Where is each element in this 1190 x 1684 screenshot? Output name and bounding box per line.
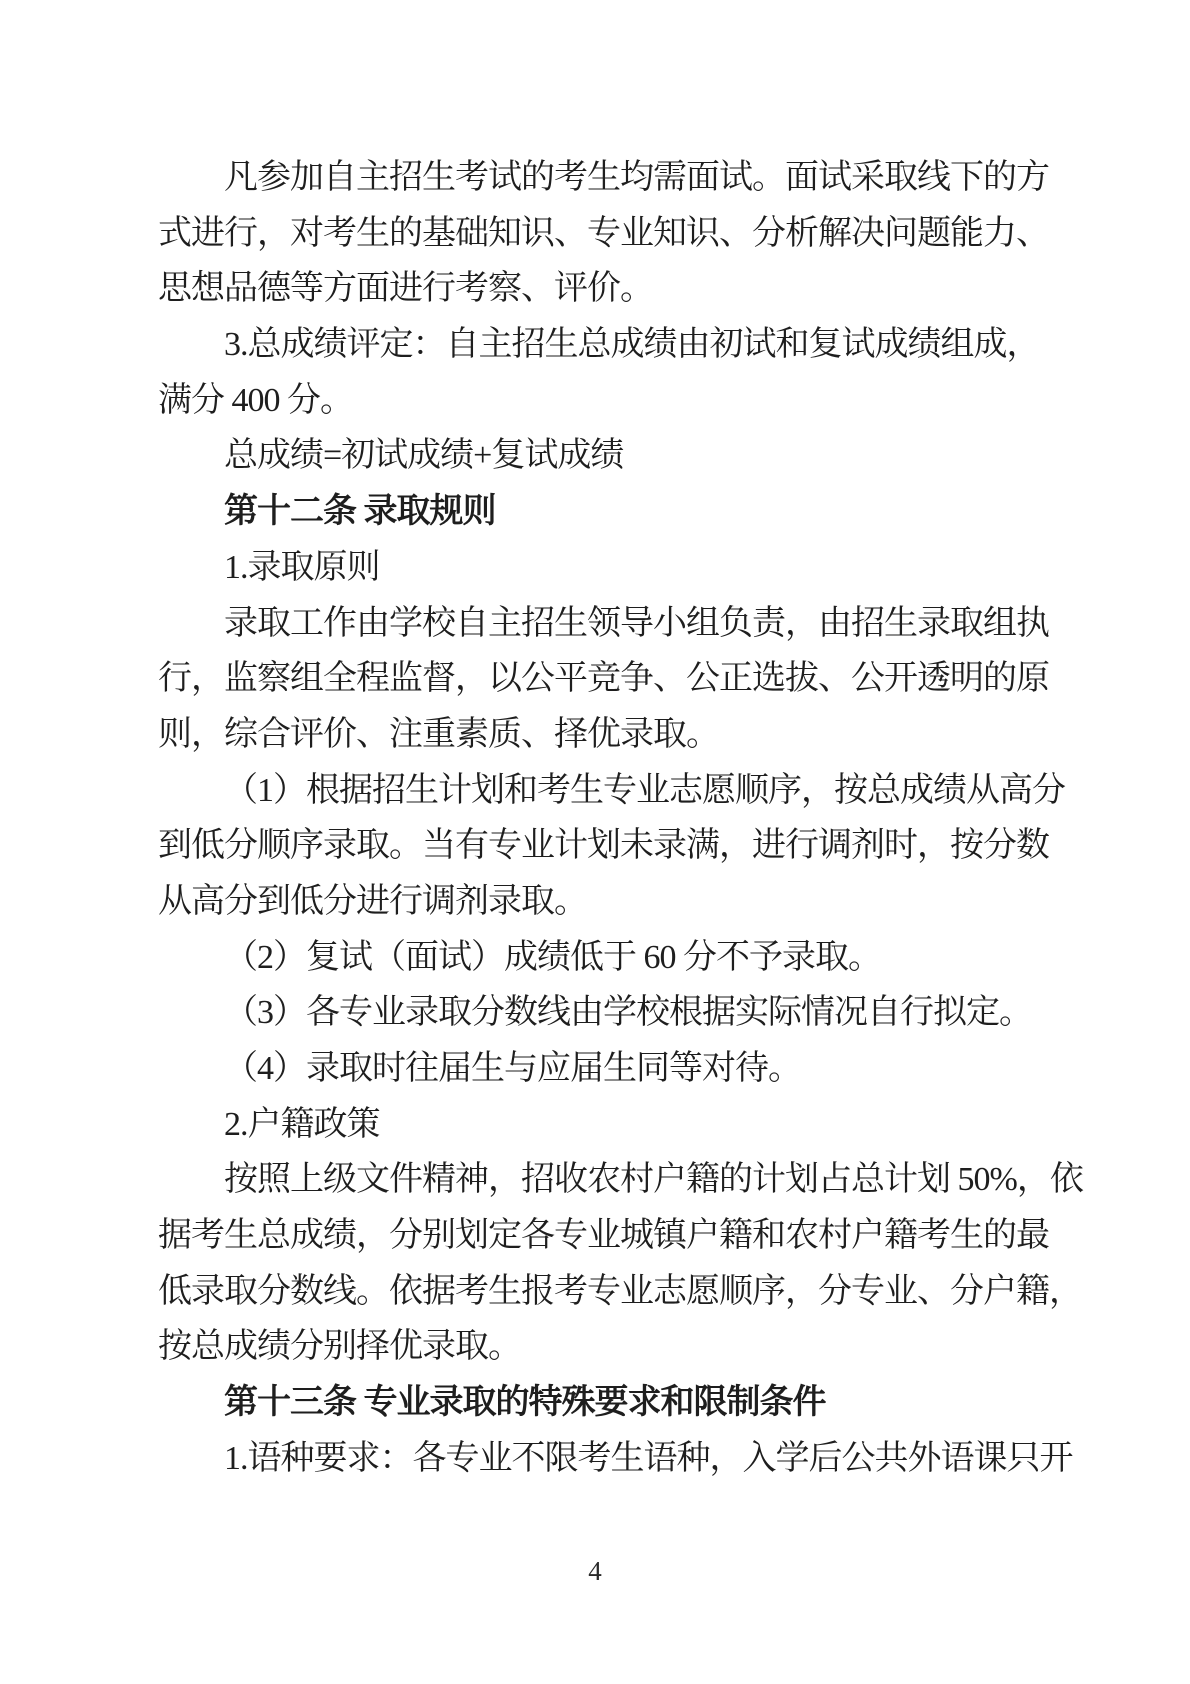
section-heading-text: 第十二条 录取规则 <box>158 484 1038 540</box>
paragraph: （2）复试（面试）成绩低于 60 分不予录取。 <box>158 930 1038 986</box>
doc-line: 3.总成绩评定：自主招生总成绩由初试和复试成绩组成， <box>158 317 1038 373</box>
paragraph: 2.户籍政策 <box>158 1097 1038 1153</box>
doc-line: 则，综合评价、注重素质、择优录取。 <box>158 707 1038 763</box>
paragraph: 凡参加自主招生考试的考生均需面试。面试采取线下的方 式进行，对考生的基础知识、专… <box>158 150 1038 317</box>
doc-line: （3）各专业录取分数线由学校根据实际情况自行拟定。 <box>158 985 1038 1041</box>
doc-line: （2）复试（面试）成绩低于 60 分不予录取。 <box>158 930 1038 986</box>
paragraph: （4）录取时往届生与应届生同等对待。 <box>158 1041 1038 1097</box>
doc-line: 从高分到低分进行调剂录取。 <box>158 874 1038 930</box>
doc-line: 录取工作由学校自主招生领导小组负责，由招生录取组执 <box>158 596 1038 652</box>
section-heading: 第十三条 专业录取的特殊要求和限制条件 <box>158 1375 1038 1431</box>
doc-line: 凡参加自主招生考试的考生均需面试。面试采取线下的方 <box>158 150 1038 206</box>
paragraph: 3.总成绩评定：自主招生总成绩由初试和复试成绩组成， 满分 400 分。 <box>158 317 1038 428</box>
doc-line: 行，监察组全程监督，以公平竞争、公正选拔、公开透明的原 <box>158 651 1038 707</box>
doc-line: 据考生总成绩，分别划定各专业城镇户籍和农村户籍考生的最 <box>158 1208 1038 1264</box>
paragraph: 1.录取原则 <box>158 540 1038 596</box>
paragraph: （1）根据招生计划和考生专业志愿顺序，按总成绩从高分 到低分顺序录取。当有专业计… <box>158 763 1038 930</box>
section-heading: 第十二条 录取规则 <box>158 484 1038 540</box>
paragraph: （3）各专业录取分数线由学校根据实际情况自行拟定。 <box>158 985 1038 1041</box>
doc-line: 2.户籍政策 <box>158 1097 1038 1153</box>
doc-line: 按总成绩分别择优录取。 <box>158 1319 1038 1375</box>
doc-line: （1）根据招生计划和考生专业志愿顺序，按总成绩从高分 <box>158 763 1038 819</box>
paragraph: 总成绩=初试成绩+复试成绩 <box>158 428 1038 484</box>
formula-line: 总成绩=初试成绩+复试成绩 <box>158 428 1038 484</box>
doc-line: 1.录取原则 <box>158 540 1038 596</box>
document-page: 凡参加自主招生考试的考生均需面试。面试采取线下的方 式进行，对考生的基础知识、专… <box>0 0 1190 1684</box>
paragraph: 录取工作由学校自主招生领导小组负责，由招生录取组执 行，监察组全程监督，以公平竞… <box>158 596 1038 763</box>
doc-line: （4）录取时往届生与应届生同等对待。 <box>158 1041 1038 1097</box>
section-heading-text: 第十三条 专业录取的特殊要求和限制条件 <box>158 1375 1038 1431</box>
document-content: 凡参加自主招生考试的考生均需面试。面试采取线下的方 式进行，对考生的基础知识、专… <box>158 150 1038 1487</box>
doc-line: 思想品德等方面进行考察、评价。 <box>158 261 1038 317</box>
doc-line: 式进行，对考生的基础知识、专业知识、分析解决问题能力、 <box>158 206 1038 262</box>
paragraph: 按照上级文件精神，招收农村户籍的计划占总计划 50%，依 据考生总成绩，分别划定… <box>158 1152 1038 1375</box>
doc-line: 低录取分数线。依据考生报考专业志愿顺序，分专业、分户籍， <box>158 1264 1038 1320</box>
doc-line: 满分 400 分。 <box>158 373 1038 429</box>
doc-line: 1.语种要求：各专业不限考生语种，入学后公共外语课只开 <box>158 1431 1038 1487</box>
doc-line: 到低分顺序录取。当有专业计划未录满，进行调剂时，按分数 <box>158 818 1038 874</box>
doc-line: 按照上级文件精神，招收农村户籍的计划占总计划 50%，依 <box>158 1152 1038 1208</box>
paragraph: 1.语种要求：各专业不限考生语种，入学后公共外语课只开 <box>158 1431 1038 1487</box>
page-number: 4 <box>0 1556 1190 1587</box>
